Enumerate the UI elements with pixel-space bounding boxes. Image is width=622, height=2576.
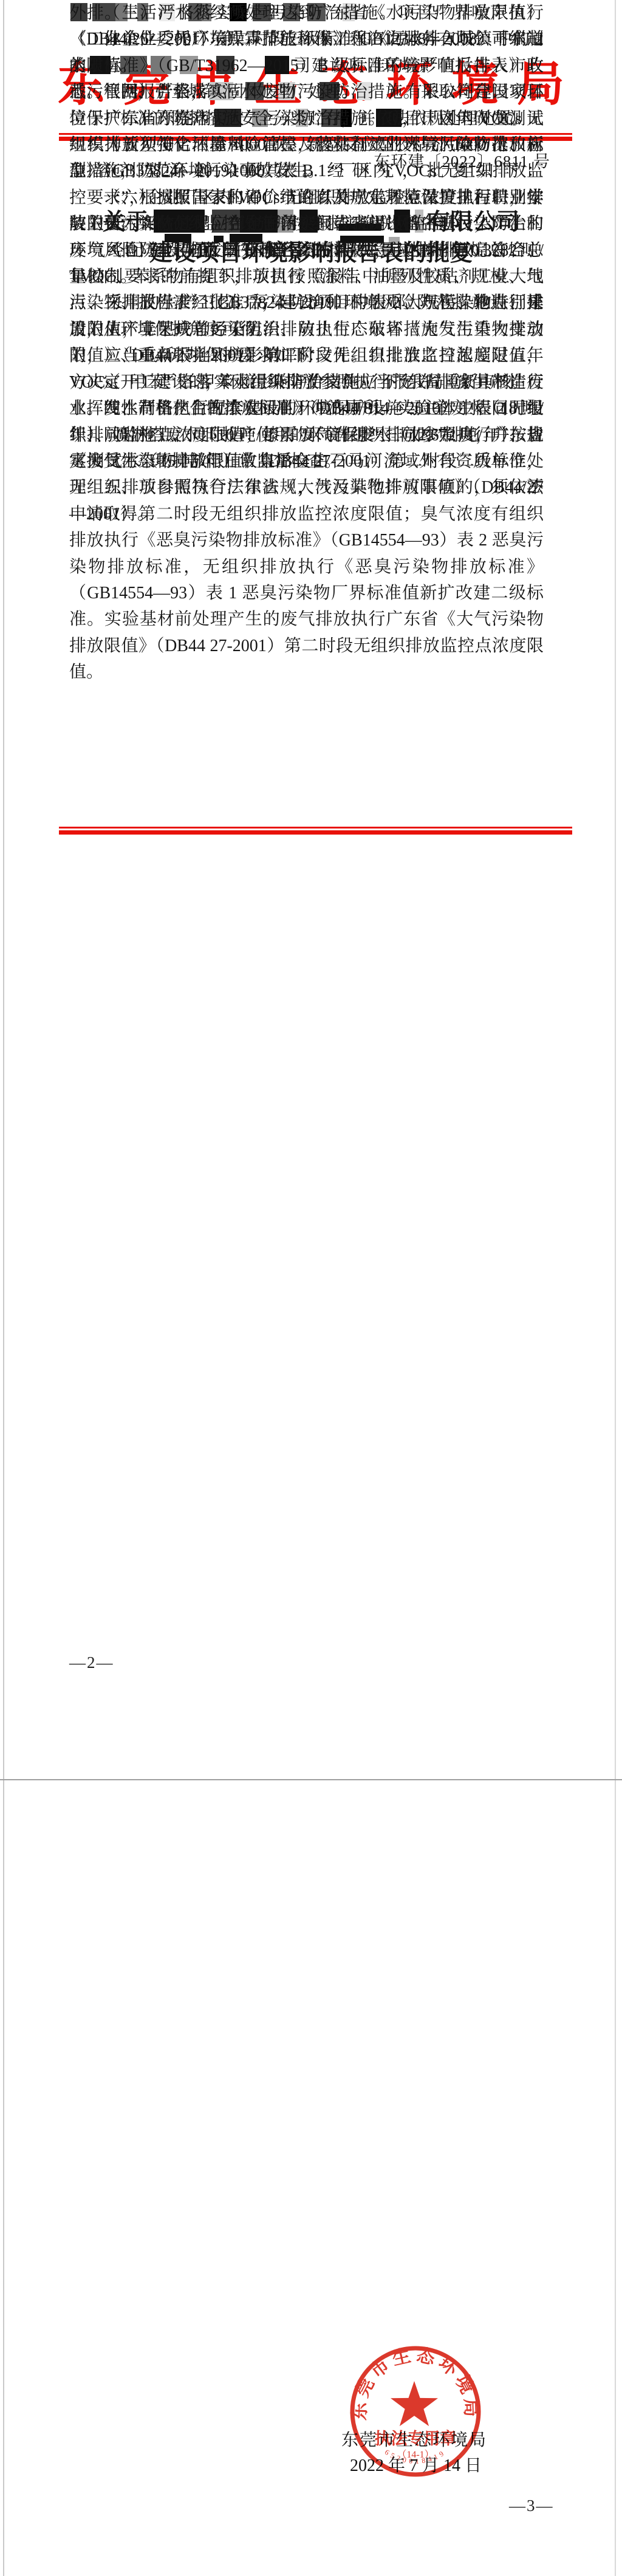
official-seal: 东莞市生态环境局 执法专用章 （14-1） 6520018419 xyxy=(347,2343,484,2479)
seal-star-icon xyxy=(391,2381,438,2426)
paragraph-solid-waste: （四）严格落实固体废物污染防治措施。采取符合国家环境保护标准的防护措施安全分类贮… xyxy=(69,79,544,132)
paragraph-four: 四、严格执行配套建设的环境保护设施与主体工程同时设计、同时施工、同时投产使用的环… xyxy=(69,395,544,474)
paragraph-voc-total: （七）全厂挥发性有机化合物排放总量应控制在 0.3282 吨/年以内。 xyxy=(69,237,544,290)
document-page: 东莞市生态环境局 东环建〔2022〕6811 号 关于有限公司 建设项目环境影响… xyxy=(0,0,622,2576)
seal-center-label: 执法专用章 xyxy=(375,2429,457,2448)
paragraph-outfall: （六）按照国家和省、市的有关规定规范设置排污口，安装主要污染物在线监控设施并按要… xyxy=(69,185,544,237)
page2-red-rule xyxy=(59,827,572,835)
scan-page-seam xyxy=(0,1779,622,1780)
page3-body: （三）严格落实噪声污染防治措施。项目厂界噪声执行《工业企业厂界环境噪声排放标准》… xyxy=(69,0,544,527)
paragraph-five: 五、项目需符合法律法规，涉及其他许可事项的，须依法申请取得。 xyxy=(69,474,544,527)
paragraph-three: 三、报告表经批准后，建设项目的性质、规模、地点、采用的生产工艺或者污染防治、防止… xyxy=(69,290,544,395)
page-number-3: —3— xyxy=(509,2496,554,2515)
paragraph-noise: （三）严格落实噪声污染防治措施。项目厂界噪声执行《工业企业厂界环境噪声排放标准》… xyxy=(69,0,544,79)
scan-right-edge-line xyxy=(615,0,616,2576)
scan-left-edge-line xyxy=(3,0,4,2576)
page-number-2: —2— xyxy=(69,1653,114,1672)
paragraph-risk: （五）强化环境风险管控，落实有效的环境风险防范和应急措施，防范环境污染事故发生。 xyxy=(69,132,544,185)
